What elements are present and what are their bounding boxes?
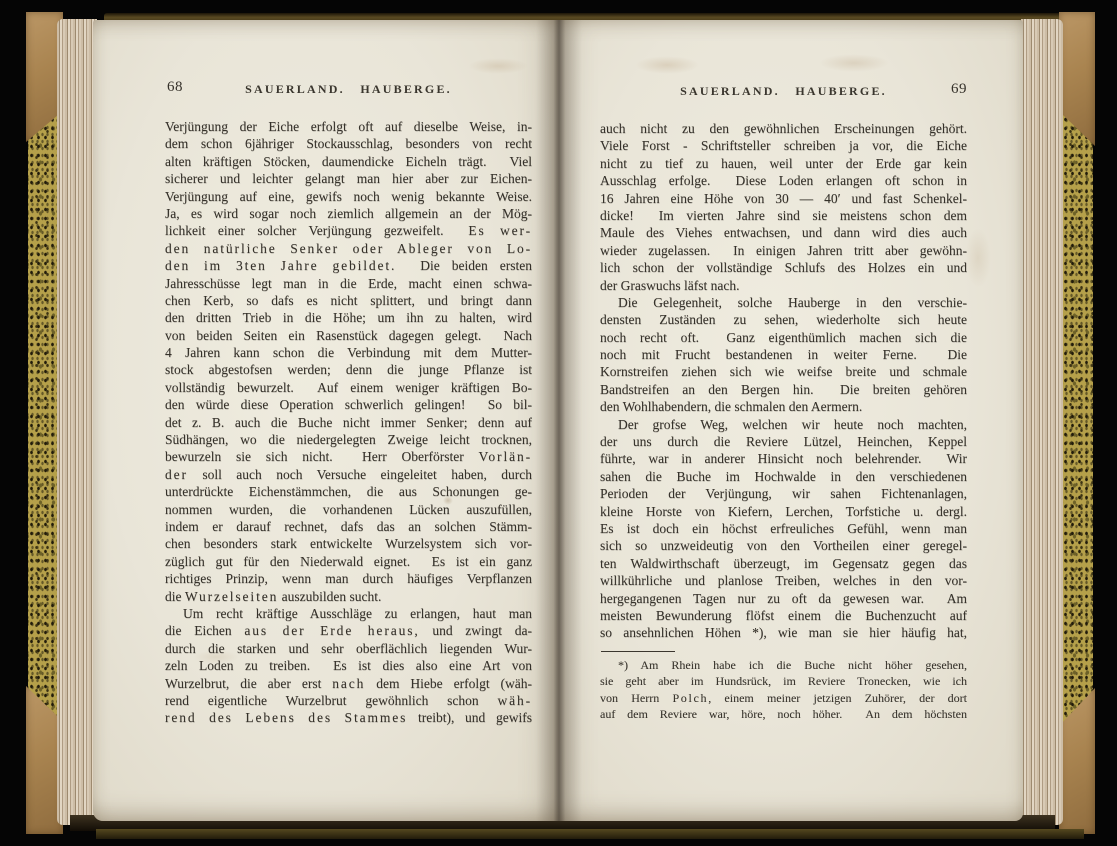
text-line: auf dem Reviere war, höre, noch höher. A… [600, 706, 967, 722]
letterspaced-text-segment: aus der Erde heraus, [244, 623, 419, 638]
text-line: auch nicht zu den gewöhnlichen Erscheinu… [600, 120, 967, 137]
text-line: lich schon der vollständige Schlufs des … [600, 259, 967, 276]
text-line: densten Zuständen zu sehen, wiederholte … [600, 311, 967, 328]
text-line: die Eichen aus der Erde heraus, und zwin… [165, 622, 532, 639]
text-line: Verjüngung der Eiche erfolgt oft auf die… [165, 118, 532, 135]
running-header-right: SAUERLAND. HAUBERGE. [600, 84, 967, 99]
text-segment: rend eigentliche Wurzelbrut gewöhnlich s… [165, 693, 497, 708]
text-segment: sahen die Buche im Hochwalde in den vers… [600, 469, 967, 484]
text-line: sie geht aber im Hundsrück, im Reviere T… [600, 673, 967, 689]
text-segment: soll auch noch Versuche eingeleitet habe… [188, 467, 532, 482]
text-segment: treibt), und gewifs [407, 710, 532, 725]
text-line: meisten Bewunderung flöfst einem die Buc… [600, 607, 967, 624]
text-segment: Ja, es wird sogar noch ziemlich allgemei… [165, 206, 532, 221]
text-segment: den würde diese Operation schwerlich gel… [165, 397, 532, 412]
text-line: Die Gelegenheit, solche Hauberge in den … [600, 294, 967, 311]
left-page-header-row: 68 SAUERLAND. HAUBERGE. [165, 82, 532, 102]
text-line: Ja, es wird sogar noch ziemlich allgemei… [165, 205, 532, 222]
text-line: die Wurzelseiten auszubilden sucht. [165, 588, 532, 605]
left-page-text-column: 68 SAUERLAND. HAUBERGE. Verjüngung der E… [165, 82, 532, 727]
text-line: chen Kerb, so dafs es nicht splittert, u… [165, 292, 532, 309]
text-segment: Verjüngung auf eine, gewifs noch wenig b… [165, 189, 532, 204]
text-segment: die Eichen [165, 623, 244, 638]
text-segment: so ansehnlichen Höhen *), wie man sie hi… [600, 625, 967, 640]
text-segment: richtiges Prinzip, wenn man durch häufig… [165, 571, 532, 586]
text-line: von beiden Seiten ein Rasenstück dagegen… [165, 327, 532, 344]
text-line: Bandstreifen an den Bergen hin. Die brei… [600, 381, 967, 398]
text-line: Perioden der Verjüngung, wir sahen Ficht… [600, 485, 967, 502]
text-segment: 16 Jahren eine Höhe von 30 — 40′ und fas… [600, 191, 967, 206]
text-segment: und zwingt da- [420, 623, 532, 638]
text-segment: alten kräftigen Stöcken, daumendicke Eic… [165, 154, 532, 169]
text-segment: die [165, 589, 185, 604]
text-segment: Südhängen, wo die niedergelegten Zweige … [165, 432, 532, 447]
text-line: rend des Lebens des Stammes treibt), und… [165, 709, 532, 726]
text-segment: Maule des Viehes entwachsen, und dann wi… [600, 225, 967, 240]
letterspaced-text-segment: den natürliche Senker oder Ableger von L… [165, 241, 532, 256]
text-segment: chen Kerb, so dafs es nicht splittert, u… [165, 293, 532, 308]
text-line: stock abgestofsen werden; denn die junge… [165, 361, 532, 378]
text-line: dicke! Im vierten Jahre sind sie meisten… [600, 207, 967, 224]
letterspaced-text-segment: rend des Lebens des Stammes [165, 710, 407, 725]
text-line: kleine Horste von Kiefern, Lerchen, Torf… [600, 503, 967, 520]
text-segment: Die Gelegenheit, solche Hauberge in den … [618, 295, 967, 310]
text-segment: nommen wurden, die vorhandenen Lücken au… [165, 502, 532, 517]
right-page: 69 SAUERLAND. HAUBERGE. auch nicht zu de… [557, 20, 1023, 821]
text-line: sicherer und leichter gelangt man hier a… [165, 170, 532, 187]
right-page-footnote: *) Am Rhein habe ich die Buche nicht höh… [600, 657, 967, 723]
page-edges-left-stack [57, 19, 97, 825]
foxing-stain [819, 54, 889, 72]
text-line: dem schon 6jähriger Stockausschlag, beso… [165, 135, 532, 152]
text-segment: durch die starken und sehr oberflächlich… [165, 641, 532, 656]
text-segment: indem er darauf rechnet, dafs das an sol… [165, 519, 532, 534]
text-line: zeln Loden zu treiben. Es ist dies also … [165, 657, 532, 674]
text-segment: nicht zu tief zu hauen, weil unter der E… [600, 156, 967, 171]
text-segment: sie geht aber im Hundsrück, im Reviere T… [600, 674, 967, 688]
text-segment: Kornstreifen ziehen sich wie weifse brei… [600, 364, 967, 379]
text-line: von Herrn Polch, einem meiner jetzigen Z… [600, 690, 967, 706]
text-line: züglich gut für den Niederwald eignet. E… [165, 553, 532, 570]
text-line: lichkeit einer solcher Verjüngung gezwei… [165, 222, 532, 239]
text-line: richtiges Prinzip, wenn man durch häufig… [165, 570, 532, 587]
text-line: Es ist doch ein höchst erfreuliches Gefü… [600, 520, 967, 537]
text-segment: zeln Loden zu treiben. Es ist dies also … [165, 658, 532, 673]
text-segment: meisten Bewunderung flöfst einem die Buc… [600, 608, 967, 623]
text-segment: wieder zugelassen. In einigen Jahren tri… [600, 243, 967, 258]
text-line: Um recht kräftige Ausschläge zu erlangen… [165, 605, 532, 622]
text-segment: sich so unzweideutig von den Vortheilen … [600, 538, 967, 553]
text-line: wieder zugelassen. In einigen Jahren tri… [600, 242, 967, 259]
text-segment: von beiden Seiten ein Rasenstück dagegen… [165, 328, 532, 343]
text-segment: kleine Horste von Kiefern, Lerchen, Torf… [600, 504, 967, 519]
text-segment: lich schon der vollständige Schlufs des … [600, 260, 967, 275]
text-segment: Die beiden ersten [396, 258, 532, 273]
text-line: der Graswuchs läfst nach. [600, 277, 967, 294]
text-segment: Bandstreifen an den Bergen hin. Die brei… [600, 382, 967, 397]
text-line: den Wohlhabendern, die schmalen den Aerm… [600, 398, 967, 415]
text-line: sich so unzweideutig von den Vortheilen … [600, 537, 967, 554]
text-line: durch die starken und sehr oberflächlich… [165, 640, 532, 657]
text-segment: Es ist doch ein höchst erfreuliches Gefü… [600, 521, 967, 536]
text-line: Jahresschüsse legt man in die Erde, mach… [165, 275, 532, 292]
text-line: sahen die Buche im Hochwalde in den vers… [600, 468, 967, 485]
right-page-header-row: 69 SAUERLAND. HAUBERGE. [600, 84, 967, 104]
letterspaced-text-segment: der [165, 467, 188, 482]
text-segment: vollständig bewurzelt. Auf einem weniger… [165, 380, 532, 395]
text-segment: auch nicht zu den gewöhnlichen Erscheinu… [600, 121, 967, 136]
letterspaced-text-segment: wäh- [497, 693, 532, 708]
text-segment: noch recht oft. Ganz eigenthümlich mache… [600, 330, 967, 345]
text-line: vollständig bewurzelt. Auf einem weniger… [165, 379, 532, 396]
letterspaced-text-segment: Es wer- [468, 223, 532, 238]
right-page-text-column: 69 SAUERLAND. HAUBERGE. auch nicht zu de… [600, 84, 967, 722]
scanned-book-spread: 68 SAUERLAND. HAUBERGE. Verjüngung der E… [0, 0, 1117, 846]
letterspaced-text-segment: Wurzelseiten [185, 589, 278, 604]
text-line: bewurzeln sie sich nicht. Herr Oberförst… [165, 448, 532, 465]
page-edges-right-stack [1021, 19, 1063, 825]
text-line: noch recht oft. Ganz eigenthümlich mache… [600, 329, 967, 346]
text-segment: der Graswuchs läfst nach. [600, 278, 739, 293]
text-segment: , einem meiner jetzigen Zuhörer, der dor… [708, 691, 967, 705]
text-segment: Verjüngung der Eiche erfolgt oft auf die… [165, 119, 532, 134]
text-segment: det z. B. auch die Buche nicht immer Sen… [165, 415, 532, 430]
text-line: Südhängen, wo die niedergelegten Zweige … [165, 431, 532, 448]
text-segment: der uns durch die Reviere Lützel, Heinch… [600, 434, 967, 449]
text-segment: unterdrückte Eichenstämmchen, die aus Sc… [165, 484, 532, 499]
text-line: der uns durch die Reviere Lützel, Heinch… [600, 433, 967, 450]
text-line: der soll auch noch Versuche eingeleitet … [165, 466, 532, 483]
text-line: alten kräftigen Stöcken, daumendicke Eic… [165, 153, 532, 170]
text-segment: Jahresschüsse legt man in die Erde, mach… [165, 276, 532, 291]
text-line: rend eigentliche Wurzelbrut gewöhnlich s… [165, 692, 532, 709]
page-number-right: 69 [951, 81, 967, 98]
text-segment: willkührliche und planlose Treiben, welc… [600, 573, 967, 588]
text-segment: Wurzelbrut, die aber erst [165, 676, 332, 691]
text-line: unterdrückte Eichenstämmchen, die aus Sc… [165, 483, 532, 500]
page-number-left: 68 [167, 79, 183, 96]
text-line: willkührliche und planlose Treiben, welc… [600, 572, 967, 589]
letterspaced-text-segment: Polch [672, 691, 708, 705]
text-line: Ausschlag erfolge. Diese Loden erlangen … [600, 172, 967, 189]
text-line: Viele Forst - Schriftsteller schreiben j… [600, 137, 967, 154]
right-page-body-text: auch nicht zu den gewöhnlichen Erscheinu… [600, 120, 967, 642]
text-segment: chen besonders stark entwickelte Wurzels… [165, 536, 532, 551]
text-segment: führte, war in anderer Hinsicht noch bel… [600, 451, 967, 466]
text-line: Verjüngung auf eine, gewifs noch wenig b… [165, 188, 532, 205]
text-segment: auf dem Reviere war, höre, noch höher. A… [600, 707, 967, 721]
text-segment: 4 Jahren kann schon die Verbindung mit d… [165, 345, 532, 360]
text-line: chen besonders stark entwickelte Wurzels… [165, 535, 532, 552]
text-segment: lichkeit einer solcher Verjüngung gezwei… [165, 223, 468, 238]
text-line: so ansehnlichen Höhen *), wie man sie hi… [600, 624, 967, 641]
text-segment: Der grofse Weg, welchen wir heute noch m… [618, 417, 967, 432]
text-line: 4 Jahren kann schon die Verbindung mit d… [165, 344, 532, 361]
text-segment: Perioden der Verjüngung, wir sahen Ficht… [600, 486, 967, 501]
left-page-body-text: Verjüngung der Eiche erfolgt oft auf die… [165, 118, 532, 727]
text-segment: Um recht kräftige Ausschläge zu erlangen… [183, 606, 532, 621]
book-cover-bottom-edge [96, 829, 1084, 839]
text-segment: Viele Forst - Schriftsteller schreiben j… [600, 138, 967, 153]
text-line: ten Waldwirthschaft überzeugt, im Gegens… [600, 555, 967, 572]
letterspaced-text-segment: den im 3ten Jahre gebildet. [165, 258, 396, 273]
text-line: den im 3ten Jahre gebildet. Die beiden e… [165, 257, 532, 274]
letterspaced-text-segment: Vorlän- [479, 449, 532, 464]
text-segment: den dritten Trieb in die Höhe; um ihn zu… [165, 310, 532, 325]
foxing-stain [965, 228, 991, 288]
text-line: den natürliche Senker oder Ableger von L… [165, 240, 532, 257]
text-segment: Ausschlag erfolge. Diese Loden erlangen … [600, 173, 967, 188]
text-line: 16 Jahren eine Höhe von 30 — 40′ und fas… [600, 190, 967, 207]
text-line: führte, war in anderer Hinsicht noch bel… [600, 450, 967, 467]
text-line: Der grofse Weg, welchen wir heute noch m… [600, 416, 967, 433]
text-segment: dem schon 6jähriger Stockausschlag, beso… [165, 136, 532, 151]
text-segment: dem Hiebe erfolgt (wäh- [365, 676, 532, 691]
text-segment: densten Zuständen zu sehen, wiederholte … [600, 312, 967, 327]
left-page: 68 SAUERLAND. HAUBERGE. Verjüngung der E… [93, 20, 557, 821]
running-header-left: SAUERLAND. HAUBERGE. [165, 82, 532, 97]
text-line: den dritten Trieb in die Höhe; um ihn zu… [165, 309, 532, 326]
footnote-rule [601, 651, 675, 652]
text-line: Maule des Viehes entwachsen, und dann wi… [600, 224, 967, 241]
text-line: *) Am Rhein habe ich die Buche nicht höh… [600, 657, 967, 673]
text-line: nommen wurden, die vorhandenen Lücken au… [165, 501, 532, 518]
text-line: det z. B. auch die Buche nicht immer Sen… [165, 414, 532, 431]
letterspaced-text-segment: nach [332, 676, 365, 691]
foxing-stain [635, 56, 699, 74]
text-line: nicht zu tief zu hauen, weil unter der E… [600, 155, 967, 172]
text-segment: noch mit Frucht bestandenen in weiter Fe… [600, 347, 967, 362]
text-line: indem er darauf rechnet, dafs das an sol… [165, 518, 532, 535]
text-segment: von Herrn [600, 691, 672, 705]
text-segment: stock abgestofsen werden; denn die junge… [165, 362, 532, 377]
text-segment: sicherer und leichter gelangt man hier a… [165, 171, 532, 186]
text-line: noch mit Frucht bestandenen in weiter Fe… [600, 346, 967, 363]
text-line: den würde diese Operation schwerlich gel… [165, 396, 532, 413]
text-segment: auszubilden sucht. [278, 589, 381, 604]
text-segment: *) Am Rhein habe ich die Buche nicht höh… [618, 658, 967, 672]
text-segment: hergegangenen Tagen nur zu oft da gewese… [600, 591, 967, 606]
text-segment: ten Waldwirthschaft überzeugt, im Gegens… [600, 556, 967, 571]
text-segment: dicke! Im vierten Jahre sind sie meisten… [600, 208, 967, 223]
text-line: Kornstreifen ziehen sich wie weifse brei… [600, 363, 967, 380]
text-segment: den Wohlhabendern, die schmalen den Aerm… [600, 399, 862, 414]
text-segment: bewurzeln sie sich nicht. Herr Oberförst… [165, 449, 479, 464]
foxing-stain [468, 58, 528, 74]
text-line: hergegangenen Tagen nur zu oft da gewese… [600, 590, 967, 607]
text-line: Wurzelbrut, die aber erst nach dem Hiebe… [165, 675, 532, 692]
text-segment: züglich gut für den Niederwald eignet. E… [165, 554, 532, 569]
